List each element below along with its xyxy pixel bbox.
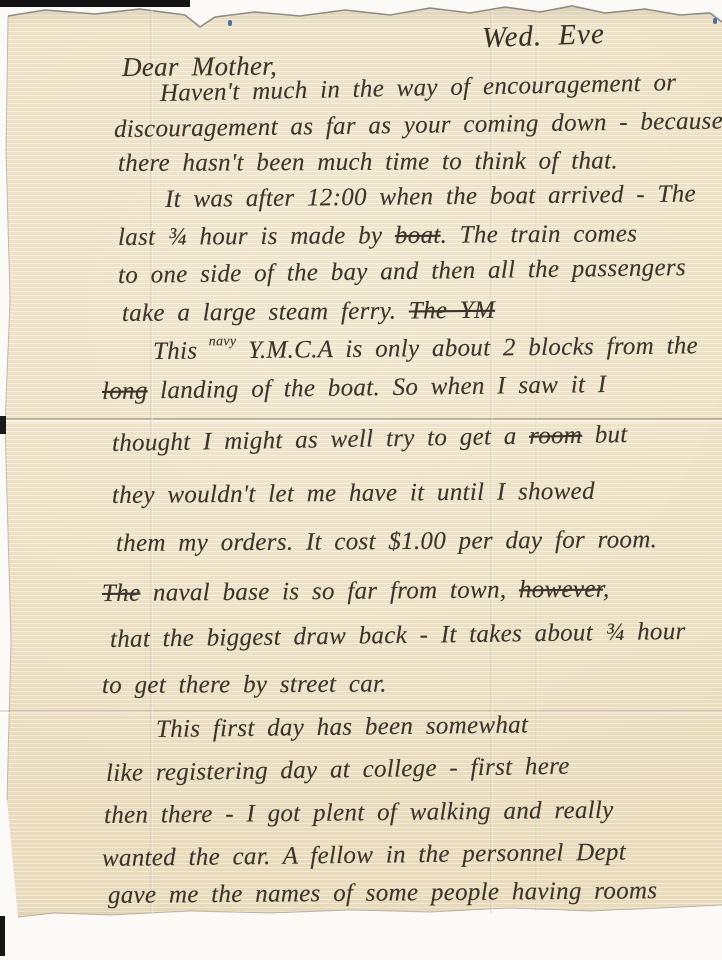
handwritten-text: This <box>153 337 210 365</box>
letter-line: then there - I got plent of walking and … <box>104 797 614 830</box>
handwritten-text: they wouldn't let me have it until I sho… <box>112 478 595 509</box>
letter-line: It was after 12:00 when the boat arrived… <box>165 180 696 214</box>
struck-text: long <box>102 377 148 405</box>
handwritten-text: . The train comes <box>440 220 637 248</box>
handwritten-text: landing of the boat. So when I saw it I <box>147 371 606 404</box>
handwritten-text: gave me the names of some people having … <box>108 877 658 909</box>
letter-line: This first day has been somewhat <box>156 711 529 744</box>
letter-line: long landing of the boat. So when I saw … <box>102 371 607 406</box>
letter-line: like registering day at college - first … <box>106 753 570 788</box>
handwritten-text: there hasn't been much time to think of … <box>118 147 618 177</box>
handwritten-text: wanted the car. A fellow in the personne… <box>102 839 626 872</box>
handwritten-text: , <box>603 576 610 603</box>
handwritten-text: to one side of the bay and then all the … <box>118 254 686 289</box>
letter-line: wanted the car. A fellow in the personne… <box>102 839 626 873</box>
handwritten-text: last ¾ hour is made by <box>118 222 395 251</box>
letter-line: to one side of the bay and then all the … <box>118 254 686 290</box>
handwritten-text: them my orders. It cost $1.00 per day fo… <box>116 526 657 557</box>
handwritten-text: that the biggest draw back - It takes ab… <box>110 618 686 653</box>
scanned-letter-page: Wed. Eve Dear Mother,Haven't much in the… <box>0 0 722 960</box>
struck-text: however <box>519 576 603 604</box>
struck-text: The <box>102 580 141 607</box>
handwritten-text: like registering day at college - first … <box>106 753 570 787</box>
letter-line: them my orders. It cost $1.00 per day fo… <box>116 526 657 558</box>
handwritten-text: It was after 12:00 when the boat arrived… <box>165 180 696 213</box>
letter-line: The naval base is so far from town, howe… <box>102 576 610 608</box>
letter-line: This navy Y.M.C.A is only about 2 blocks… <box>153 332 698 366</box>
struck-text: The YM <box>409 297 496 325</box>
letter-line: last ¾ hour is made by boat. The train c… <box>118 220 637 252</box>
letter-line: to get there by street car. <box>102 671 387 700</box>
handwritten-text: to get there by street car. <box>102 671 387 699</box>
letter-line: that the biggest draw back - It takes ab… <box>110 618 686 654</box>
letter-body: Dear Mother,Haven't much in the way of e… <box>0 0 722 960</box>
letter-line: thought I might as well try to get a roo… <box>112 421 628 458</box>
handwritten-text: thought I might as well try to get a <box>112 423 530 457</box>
handwritten-text: discouragement as far as your coming dow… <box>114 107 722 143</box>
handwritten-text: This first day has been somewhat <box>156 711 529 743</box>
inserted-word: navy <box>209 334 237 350</box>
struck-text: boat <box>395 222 441 249</box>
letter-line: discouragement as far as your coming dow… <box>114 107 722 144</box>
handwritten-text: then there - I got plent of walking and … <box>104 797 614 829</box>
handwritten-text: naval base is so far from town, <box>140 576 519 606</box>
handwritten-text: take a large steam ferry. <box>122 297 409 327</box>
struck-text: room <box>529 422 583 450</box>
handwritten-text: but <box>582 421 628 449</box>
letter-line: they wouldn't let me have it until I sho… <box>112 478 595 510</box>
letter-line: take a large steam ferry. The YM <box>122 297 495 328</box>
letter-line: there hasn't been much time to think of … <box>118 147 618 178</box>
letter-line: gave me the names of some people having … <box>108 877 658 910</box>
handwritten-text: Y.M.C.A is only about 2 blocks from the <box>235 332 698 364</box>
